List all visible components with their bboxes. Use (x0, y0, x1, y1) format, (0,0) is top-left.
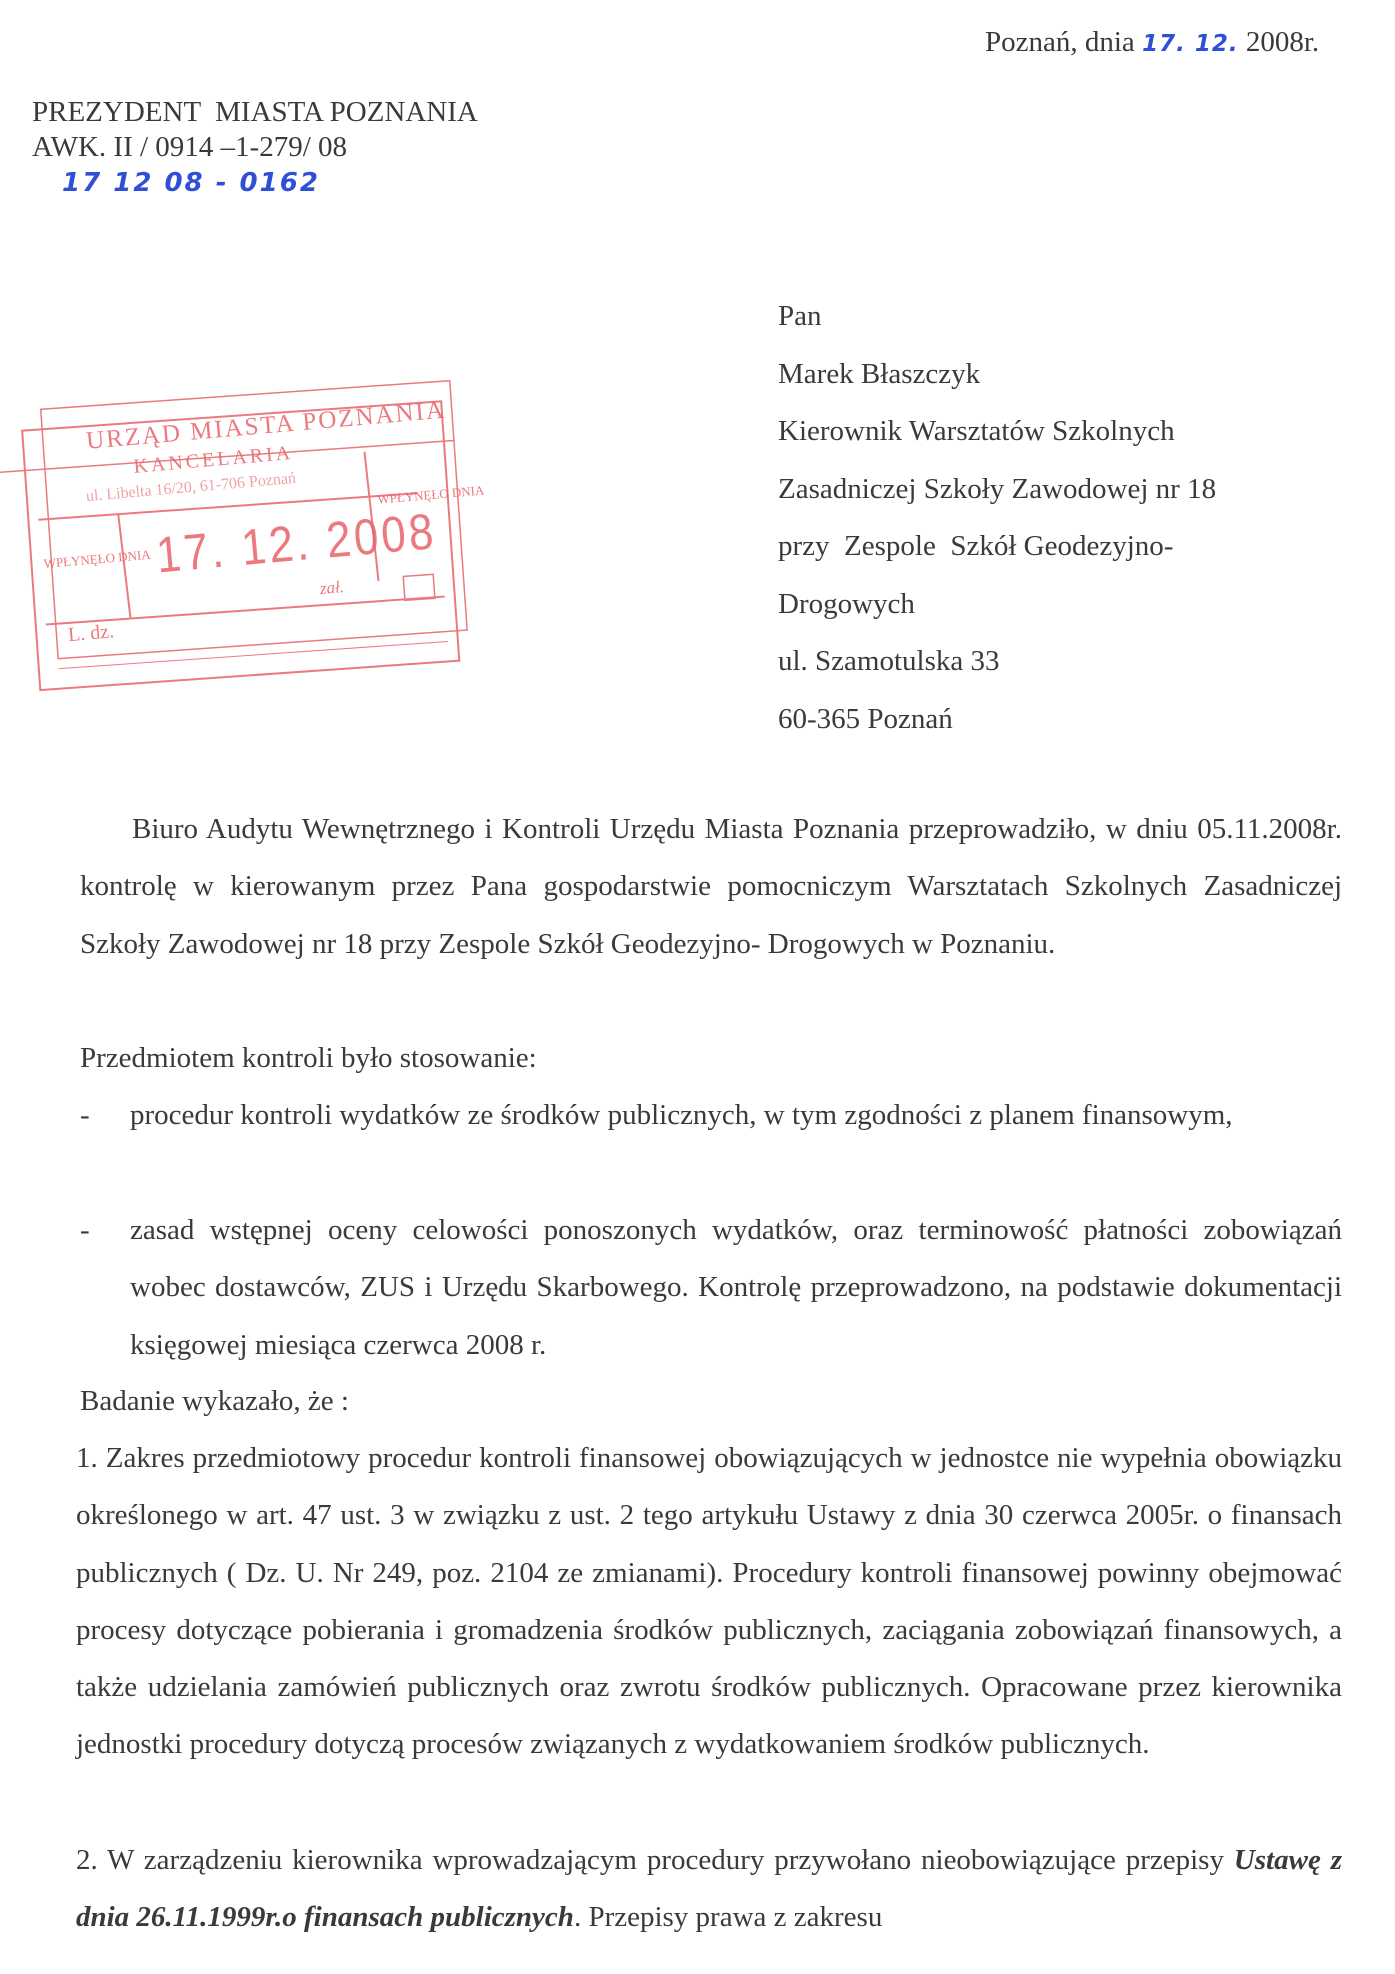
finding-2-text-cont: . Przepisy prawa z zakresu (574, 1901, 882, 1933)
sender-block: PREZYDENT MIASTA POZNANIA AWK. II / 0914… (32, 95, 478, 165)
stamp-graphic: URZĄD MIASTA POZNANIA KANCELARIA ul. Lib… (0, 355, 500, 715)
finding-1: 1. Zakres przedmiotowy procedur kontroli… (76, 1430, 1342, 1774)
sender-title: PREZYDENT MIASTA POZNANIA (32, 95, 478, 130)
finding-2-text: 2. W zarządzeniu kierownika wprowadzając… (76, 1844, 1234, 1876)
place-label: Poznań, dnia (985, 26, 1135, 58)
recipient-school: Zasadniczej Szkoły Zawodowej nr 18 (778, 461, 1216, 519)
bullet-text-1: procedur kontroli wydatków ze środków pu… (130, 1087, 1342, 1144)
recipient-school-group-cont: Drogowych (778, 576, 1216, 634)
bullet-text-2: zasad wstępnej oceny celowości ponoszony… (130, 1202, 1342, 1374)
received-stamp: URZĄD MIASTA POZNANIA KANCELARIA ul. Lib… (0, 355, 500, 715)
findings-intro: Badanie wykazało, że : (80, 1373, 1342, 1430)
recipient-address: Pan Marek Błaszczyk Kierownik Warsztatów… (778, 288, 1216, 748)
recipient-name: Marek Błaszczyk (778, 346, 1216, 404)
bullet-item-2: - zasad wstępnej oceny celowości ponoszo… (80, 1202, 1342, 1374)
stamp-date: 17. 12. 2008 (154, 503, 438, 584)
stamp-entry-label: L. dz. (67, 620, 115, 646)
stamp-received-label: WPŁYNĘŁO DNIA (43, 547, 152, 571)
bullet-marker: - (80, 1087, 90, 1144)
subject-intro: Przedmiotem kontroli było stosowanie: (80, 1030, 1342, 1087)
stamp-attachments-label: zał. (318, 577, 345, 598)
handwritten-registration-number: 17 12 08 - 0162 (62, 168, 320, 198)
bullet-item-1: - procedur kontroli wydatków ze środków … (80, 1087, 1342, 1144)
recipient-school-group: przy Zespole Szkół Geodezyjno- (778, 518, 1216, 576)
intro-paragraph: Biuro Audytu Wewnętrznego i Kontroli Urz… (80, 801, 1342, 973)
recipient-street: ul. Szamotulska 33 (778, 633, 1216, 691)
reference-number: AWK. II / 0914 –1-279/ 08 (32, 130, 478, 165)
recipient-city: 60-365 Poznań (778, 691, 1216, 749)
place-and-date: Poznań, dnia 17. 12. 2008r. (985, 26, 1319, 59)
bullet-marker: - (80, 1202, 90, 1259)
stamp-address: ul. Libelta 16/20, 61-706 Poznań (85, 470, 296, 505)
handwritten-date: 17. 12. (1142, 31, 1239, 57)
recipient-position: Kierownik Warsztatów Szkolnych (778, 403, 1216, 461)
finding-2: 2. W zarządzeniu kierownika wprowadzając… (76, 1832, 1342, 1947)
date-year: 2008r. (1246, 26, 1319, 58)
recipient-salutation: Pan (778, 288, 1216, 346)
